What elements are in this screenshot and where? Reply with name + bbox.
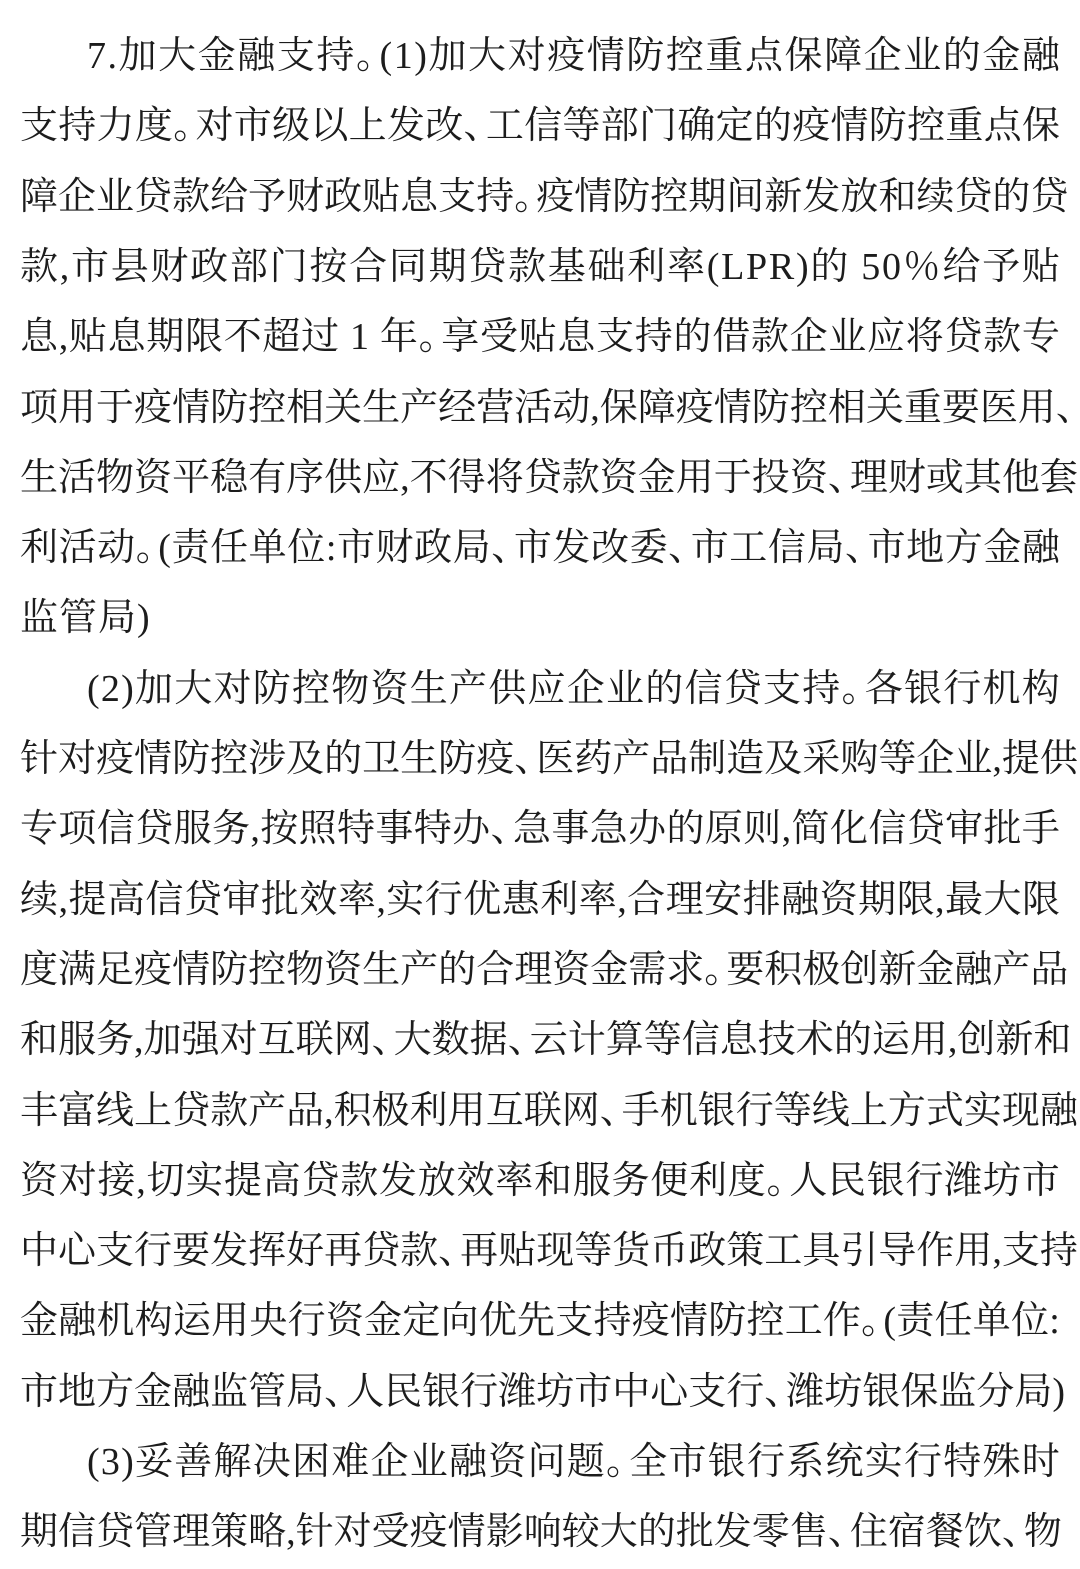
text-line: 专项信贷服务,按照特事特办、急事急办的原则,简化信贷审批手 <box>20 794 1060 864</box>
text-line: 生活物资平稳有序供应,不得将贷款资金用于投资、理财或其他套 <box>20 443 1060 513</box>
text-line: 期信贷管理策略,针对受疫情影响较大的批发零售、住宿餐饮、物 <box>20 1497 1060 1567</box>
text-line: 和服务,加强对互联网、大数据、云计算等信息技术的运用,创新和 <box>20 1005 1060 1075</box>
text-line: 利活动。(责任单位:市财政局、市发改委、市工信局、市地方金融 <box>20 513 1060 583</box>
text-line: 7.加大金融支持。(1)加大对疫情防控重点保障企业的金融 <box>20 21 1060 91</box>
text-line: 针对疫情防控涉及的卫生防疫、医药产品制造及采购等企业,提供 <box>20 724 1060 794</box>
text-line: 监管局) <box>20 583 1060 653</box>
text-line: 中心支行要发挥好再贷款、再贴现等货币政策工具引导作用,支持 <box>20 1216 1060 1286</box>
text-line: 资对接,切实提高贷款发放效率和服务便利度。人民银行潍坊市 <box>20 1146 1060 1216</box>
text-line: 款,市县财政部门按合同期贷款基础利率(LPR)的 50％给予贴 <box>20 232 1060 302</box>
text-line: 金融机构运用央行资金定向优先支持疫情防控工作。(责任单位: <box>20 1286 1060 1356</box>
text-line: 障企业贷款给予财政贴息支持。疫情防控期间新发放和续贷的贷 <box>20 162 1060 232</box>
document-body: 7.加大金融支持。(1)加大对疫情防控重点保障企业的金融支持力度。对市级以上发改… <box>20 21 1060 1568</box>
text-line: 息,贴息期限不超过 1 年。享受贴息支持的借款企业应将贷款专 <box>20 302 1060 372</box>
text-line: 项用于疫情防控相关生产经营活动,保障疫情防控相关重要医用、 <box>20 372 1060 442</box>
text-line: (2)加大对防控物资生产供应企业的信贷支持。各银行机构 <box>20 654 1060 724</box>
document-page: 7.加大金融支持。(1)加大对疫情防控重点保障企业的金融支持力度。对市级以上发改… <box>0 0 1080 1569</box>
text-line: 丰富线上贷款产品,积极利用互联网、手机银行等线上方式实现融 <box>20 1075 1060 1145</box>
text-line: 度满足疫情防控物资生产的合理资金需求。要积极创新金融产品 <box>20 935 1060 1005</box>
text-line: 支持力度。对市级以上发改、工信等部门确定的疫情防控重点保 <box>20 91 1060 161</box>
text-line: 续,提高信贷审批效率,实行优惠利率,合理安排融资期限,最大限 <box>20 865 1060 935</box>
text-line: (3)妥善解决困难企业融资问题。全市银行系统实行特殊时 <box>20 1427 1060 1497</box>
text-line: 市地方金融监管局、人民银行潍坊市中心支行、潍坊银保监分局) <box>20 1357 1060 1427</box>
